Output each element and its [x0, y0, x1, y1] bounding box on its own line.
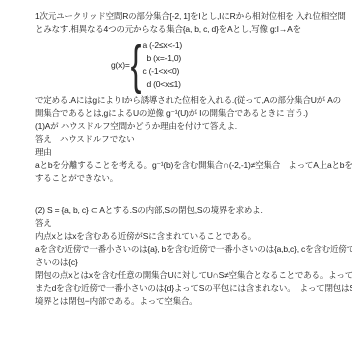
answer-line: またdを含む近傍で一番小さいのは{d}よってSの平包には含まれない。 よって閉包… — [35, 282, 352, 295]
body-line: で定める.AにはgによりIから誘導された位相を入れる.(従って,Aの部分集合Uが… — [35, 94, 352, 107]
document-content: 1次元ユークリッド空間Rの部分集合[-2, 1]をIとし,IにRから相対位相を … — [0, 0, 360, 308]
reason-label: 理由 — [35, 146, 352, 159]
function-cases: a (-2≤x<-1) b (x=-1,0) c (-1<x<0) d (0<x… — [142, 39, 182, 91]
function-case: d (0<x≤1) — [142, 78, 182, 91]
question-2: (2) S = {a, b, c} ⊂ Aとする.Sの内部,Sの閉包,Sの境界を… — [35, 204, 352, 217]
function-case: c (-1<x<0) — [142, 65, 182, 78]
answer-line: さいのは{c} — [35, 256, 352, 269]
question-1: (1)Aが ハウスドルフ空間かどうか理由を付けて答えよ. — [35, 120, 352, 133]
reason-line: することができない。 — [35, 172, 352, 185]
intro-line: とみなす.相異なる4つの元からなる集合{a, b, c, d}をAとし,写像 g… — [35, 23, 352, 36]
answer-line: 内点xとはxを含むある近傍がSに含まれていることである。 — [35, 230, 352, 243]
piecewise-function: g(x)= { a (-2≤x<-1) b (x=-1,0) c (-1<x<0… — [111, 37, 352, 93]
answer-line: aを含む近傍で一番小さいのは{a}, bを含む近傍で一番小さいのは{a,b,c}… — [35, 243, 352, 256]
reason-line: aとbを分離することを考える。g⁻¹(b)を含む開集合∩(-2,-1)≠空集合 … — [35, 159, 352, 172]
answer-1: 答え ハウスドルフでない — [35, 133, 352, 146]
function-case: a (-2≤x<-1) — [142, 39, 182, 52]
left-brace-glyph: { — [130, 38, 141, 92]
function-case: b (x=-1,0) — [142, 52, 182, 65]
answer-line: 閉包の点xとはxを含む任意の開集合Uに対してU∩S≠空集合となることである。よっ… — [35, 269, 352, 282]
answer-line: 境界とは閉包−内部である。よって空集合。 — [35, 295, 352, 308]
intro-line: 1次元ユークリッド空間Rの部分集合[-2, 1]をIとし,IにRから相対位相を … — [35, 10, 352, 23]
document-page: 1次元ユークリッド空間Rの部分集合[-2, 1]をIとし,IにRから相対位相を … — [0, 0, 360, 360]
body-line: 開集合であるとは,gによるUの逆像 g⁻¹(U)が Iの開集合であるときに 言う… — [35, 107, 352, 120]
answer-label: 答え — [35, 217, 352, 230]
function-lhs: g(x)= — [111, 59, 130, 72]
